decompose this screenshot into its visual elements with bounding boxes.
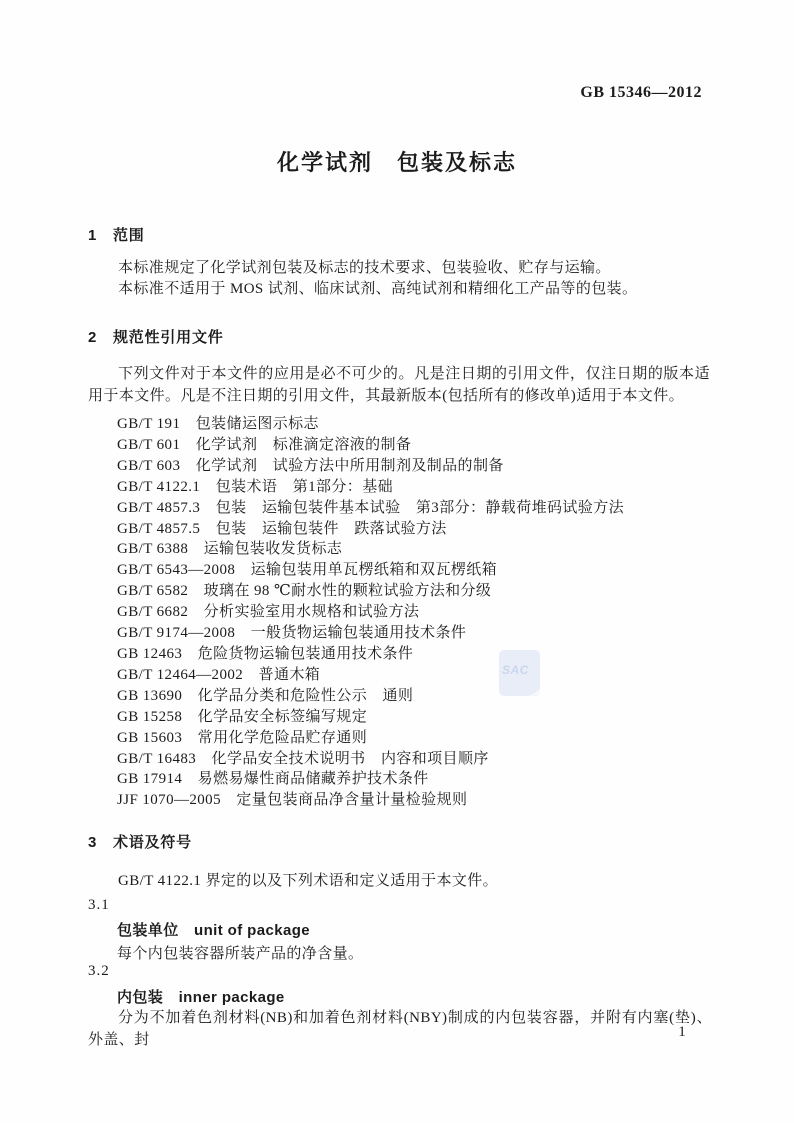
reference-item: GB/T 6682 分析实验室用水规格和试验方法	[117, 602, 713, 623]
document-title: 化学试剂 包装及标志	[0, 146, 794, 177]
reference-item: GB/T 16483 化学品安全技术说明书 内容和项目顺序	[117, 749, 713, 770]
normative-references-list: GB/T 191 包装储运图示标志 GB/T 601 化学试剂 标准滴定溶液的制…	[88, 414, 713, 811]
reference-item: GB/T 191 包装储运图示标志	[117, 414, 713, 435]
reference-item: GB/T 12464—2002 普通木箱	[117, 665, 713, 686]
section-2-intro: 下列文件对于本文件的应用是必不可少的。凡是注日期的引用文件，仅注日期的版本适用于…	[88, 363, 710, 407]
reference-item: GB/T 9174—2008 一般货物运输包装通用技术条件	[117, 623, 713, 644]
term-number-3-1: 3.1	[88, 897, 110, 914]
reference-item: GB/T 601 化学试剂 标准滴定溶液的制备	[117, 435, 713, 456]
term-name-inner-package: 内包装 inner package	[117, 986, 285, 1007]
scope-paragraph: 本标准规定了化学试剂包装及标志的技术要求、包装验收、贮存与运输。	[88, 258, 710, 279]
reference-item: GB/T 6582 玻璃在 98 ℃耐水性的颗粒试验方法和分级	[117, 581, 713, 602]
sac-watermark-text: SAC	[502, 663, 529, 677]
term-number-3-2: 3.2	[88, 963, 110, 980]
page-number: 1	[672, 1024, 692, 1041]
section-1-heading: 1 范围	[88, 224, 145, 245]
section-3-heading: 3 术语及符号	[88, 831, 192, 852]
reference-item: GB 12463 危险货物运输包装通用技术条件	[117, 644, 713, 665]
reference-item: GB/T 4857.3 包装 运输包装件基本试验 第3部分：静载荷堆码试验方法	[117, 498, 713, 519]
reference-item: GB 15258 化学品安全标签编写规定	[117, 707, 713, 728]
section-3-intro: GB/T 4122.1 界定的以及下列术语和定义适用于本文件。	[88, 871, 710, 892]
sac-watermark-logo: SAC	[499, 650, 540, 696]
reference-item: GB 15603 常用化学危险品贮存通则	[117, 728, 713, 749]
term-definition: 分为不加着色剂材料(NB)和加着色剂材料(NBY)制成的内包装容器，并附有内塞(…	[88, 1007, 712, 1051]
reference-item: GB/T 603 化学试剂 试验方法中所用制剂及制品的制备	[117, 456, 713, 477]
reference-item: GB/T 6388 运输包装收发货标志	[117, 539, 713, 560]
reference-item: GB/T 6543—2008 运输包装用单瓦楞纸箱和双瓦楞纸箱	[117, 560, 713, 581]
terms-intro-paragraph: GB/T 4122.1 界定的以及下列术语和定义适用于本文件。	[88, 871, 710, 892]
reference-item: GB 17914 易燃易爆性商品储藏养护技术条件	[117, 769, 713, 790]
references-intro-paragraph: 下列文件对于本文件的应用是必不可少的。凡是注日期的引用文件，仅注日期的版本适用于…	[88, 363, 710, 407]
reference-item: GB/T 4857.5 包装 运输包装件 跌落试验方法	[117, 519, 713, 540]
reference-item: GB 13690 化学品分类和危险性公示 通则	[117, 686, 713, 707]
scope-paragraph: 本标准不适用于 MOS 试剂、临床试剂、高纯试剂和精细化工产品等的包装。	[88, 279, 710, 300]
reference-item: JJF 1070—2005 定量包装商品净含量计量检验规则	[117, 790, 713, 811]
reference-item: GB/T 4122.1 包装术语 第1部分：基础	[117, 477, 713, 498]
section-1-body: 本标准规定了化学试剂包装及标志的技术要求、包装验收、贮存与运输。 本标准不适用于…	[88, 258, 710, 300]
standard-code: GB 15346—2012	[580, 84, 702, 102]
term-definition: 每个内包装容器所装产品的净含量。	[117, 942, 363, 963]
section-2-heading: 2 规范性引用文件	[88, 326, 224, 347]
standard-document-page: GB 15346—2012 化学试剂 包装及标志 1 范围 本标准规定了化学试剂…	[0, 0, 794, 1123]
term-name-unit-of-package: 包装单位 unit of package	[117, 919, 310, 940]
